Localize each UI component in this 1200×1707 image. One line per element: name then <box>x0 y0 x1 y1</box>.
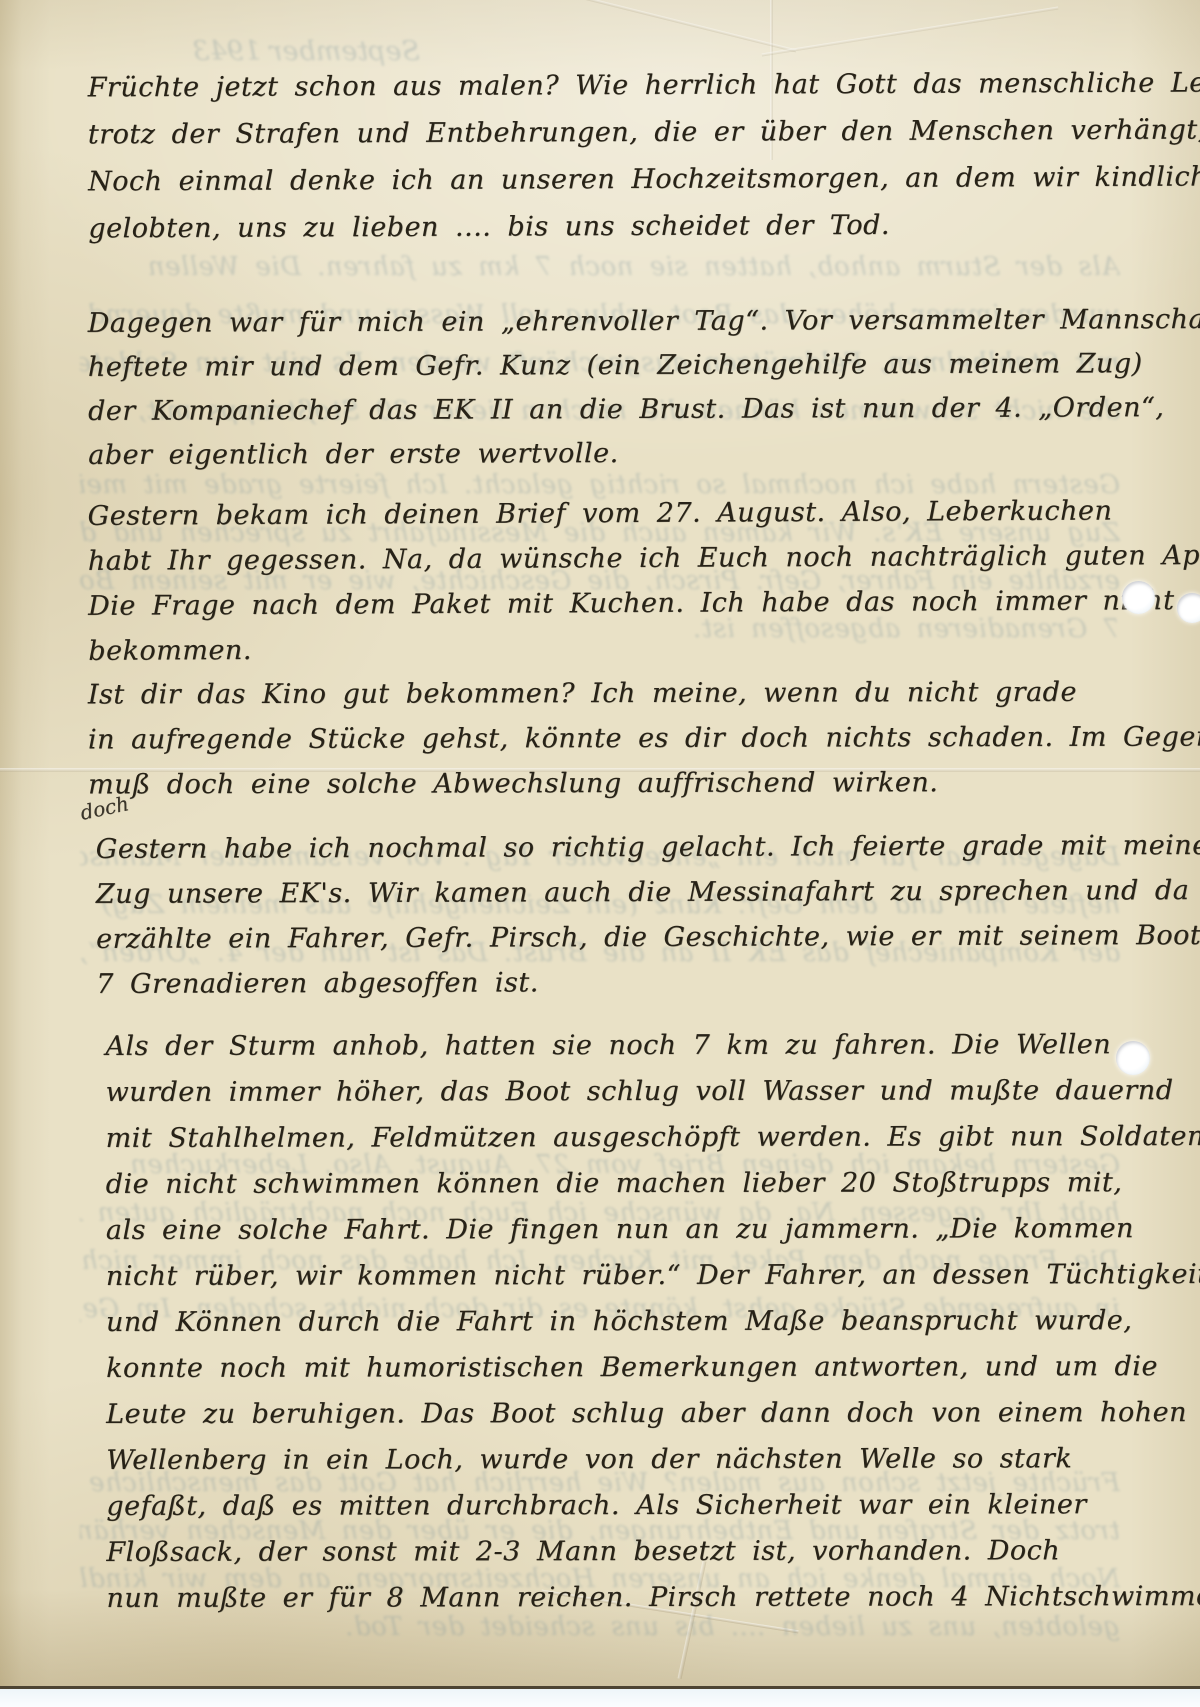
handwritten-line: mit Stahlhelmen, Feldmützen ausgeschöpft… <box>106 1121 1191 1169</box>
handwritten-line: Gestern habe ich nochmal so richtig gela… <box>96 830 1181 879</box>
handwritten-line: konnte noch mit humoristischen Bemerkung… <box>106 1351 1191 1399</box>
handwritten-line: trotz der Strafen und Entbehrungen, die … <box>88 115 1173 167</box>
handwritten-line: 7 Grenadieren abgesoffen ist. <box>96 965 1181 1014</box>
handwritten-line: Wellenberg in ein Loch, wurde von der nä… <box>106 1443 1191 1491</box>
handwritten-line: Gestern bekam ich deinen Brief vom 27. A… <box>88 495 1173 546</box>
handwritten-line: Dagegen war für mich ein „ehrenvoller Ta… <box>88 304 1173 352</box>
handwritten-line: Floßsack, der sonst mit 2-3 Mann besetzt… <box>106 1535 1191 1583</box>
handwritten-line: Früchte jetzt schon aus malen? Wie herrl… <box>88 68 1173 120</box>
punch-hole <box>1116 1041 1150 1075</box>
handwritten-line: der Kompaniechef das EK II an die Brust.… <box>88 392 1173 440</box>
handwritten-line: Die Frage nach dem Paket mit Kuchen. Ich… <box>88 585 1173 636</box>
punch-hole <box>1177 593 1200 623</box>
handwritten-line: in aufregende Stücke gehst, könnte es di… <box>88 722 1173 770</box>
handwritten-line: Noch einmal denke ich an unseren Hochzei… <box>88 162 1173 214</box>
handwritten-line: gefaßt, daß es mitten durchbrach. Als Si… <box>106 1489 1191 1537</box>
letter-paragraph: Früchte jetzt schon aus malen? Wie herrl… <box>88 68 1174 261</box>
handwritten-line: habt Ihr gegessen. Na, da wünsche ich Eu… <box>88 540 1173 591</box>
letter-paragraph: Dagegen war für mich ein „ehrenvoller Ta… <box>88 304 1174 484</box>
handwritten-line: Ist dir das Kino gut bekommen? Ich meine… <box>88 677 1173 725</box>
handwritten-line: nun mußte er für 8 Mann reichen. Pirsch … <box>106 1581 1191 1629</box>
handwritten-line: bekommen. <box>88 630 1173 681</box>
handwritten-line: als eine solche Fahrt. Die fingen nun an… <box>106 1213 1191 1261</box>
scanned-letter-page: September 1943 Als der Sturm anhob, hatt… <box>0 0 1200 1707</box>
handwritten-line: Als der Sturm anhob, hatten sie noch 7 k… <box>105 1029 1190 1077</box>
punch-hole <box>1122 581 1155 614</box>
letter-paragraph: Ist dir das Kino gut bekommen? Ich meine… <box>88 677 1173 815</box>
handwritten-line: die nicht schwimmen können die machen li… <box>106 1167 1191 1215</box>
handwritten-line: erzählte ein Fahrer, Gefr. Pirsch, die G… <box>96 920 1181 969</box>
handwritten-line: gelobten, uns zu lieben .... bis uns sch… <box>88 209 1173 261</box>
handwritten-line: nicht rüber, wir kommen nicht rüber.“ De… <box>106 1259 1191 1307</box>
letter-paragraph: Gestern habe ich nochmal so richtig gela… <box>96 830 1182 1014</box>
handwritten-line: aber eigentlich der erste wertvolle. <box>88 436 1173 484</box>
handwritten-line: und Können durch die Fahrt in höchstem M… <box>106 1305 1191 1353</box>
handwritten-line: wurden immer höher, das Boot schlug voll… <box>106 1075 1191 1123</box>
letter-paragraph: Als der Sturm anhob, hatten sie noch 7 k… <box>105 1029 1191 1629</box>
handwritten-line: heftete mir und dem Gefr. Kunz (ein Zeic… <box>88 348 1173 396</box>
handwritten-line: Leute zu beruhigen. Das Boot schlug aber… <box>106 1397 1191 1445</box>
letter-paragraph: Gestern bekam ich deinen Brief vom 27. A… <box>88 495 1174 681</box>
handwritten-line: Zug unsere EK's. Wir kamen auch die Mess… <box>96 875 1181 924</box>
handwritten-line: muß doch eine solche Abwechslung auffris… <box>88 767 1173 815</box>
scanner-background <box>0 1689 1200 1707</box>
